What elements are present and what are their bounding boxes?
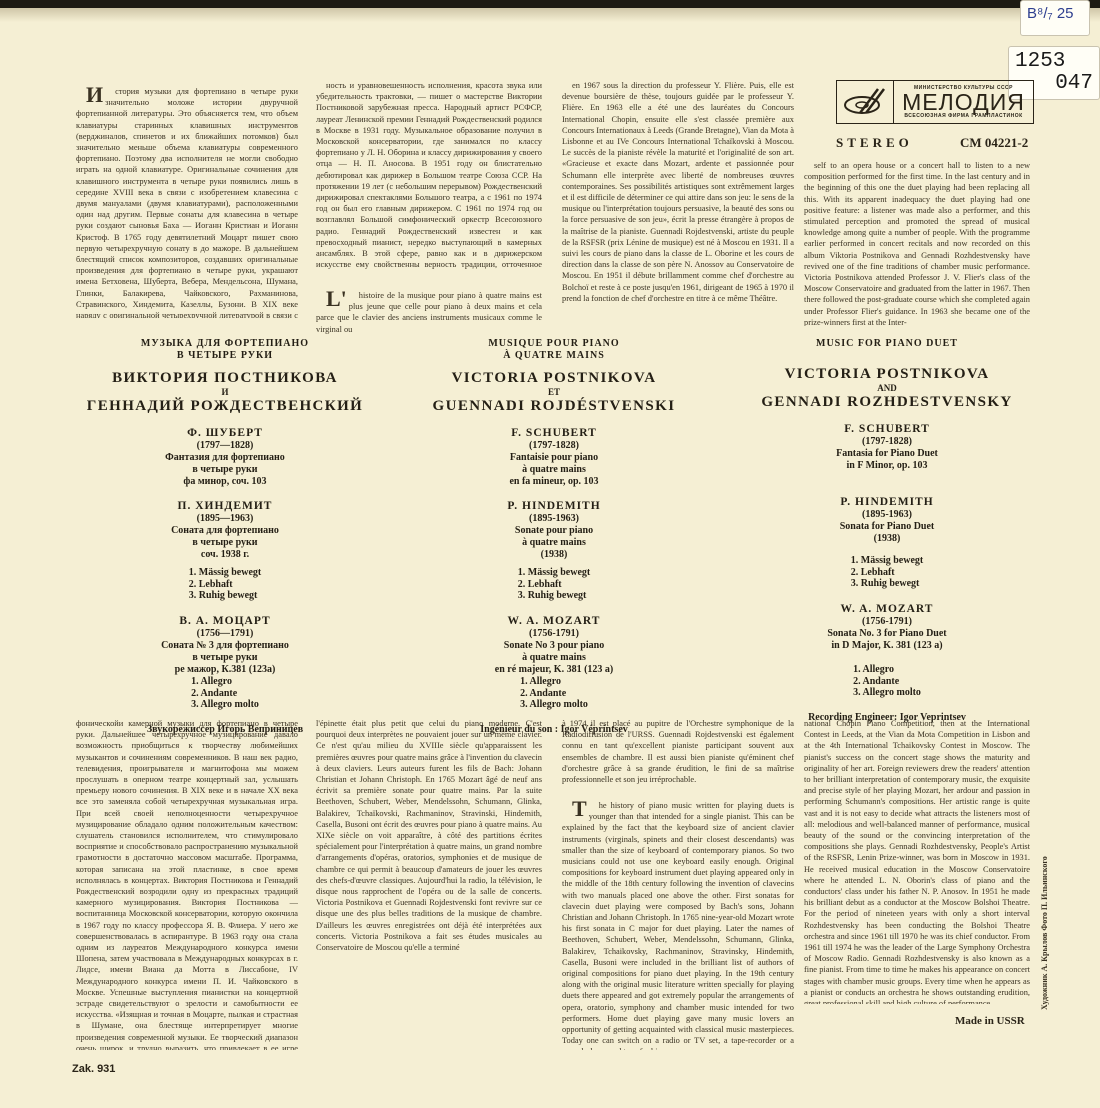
notes-english-intro: The history of piano music written for p…	[562, 800, 794, 1050]
movement-item: 1. Mässig bewegt	[518, 567, 591, 579]
movement-item: 2. Andante	[520, 688, 588, 700]
work-title-line: à quatre mains	[404, 537, 704, 549]
work-composer: P. HINDEMITH	[732, 496, 1042, 509]
movement-item: 2. Lebhaft	[189, 579, 262, 591]
program-english-title-1: MUSIC FOR PIANO DUET	[732, 338, 1042, 350]
work-title-line: in D Major, K. 381 (123 a)	[732, 640, 1042, 652]
work-dates: (1756-1791)	[404, 628, 704, 640]
work-composer: W. A. MOZART	[732, 603, 1042, 616]
movement-list: 1. Allegro 2. Andante 3. Allegro molto	[520, 676, 588, 711]
program-french-title-1: MUSIQUE POUR PIANO	[404, 338, 704, 350]
notes-french-intro-text: L'histoire de la musique pour piano à qu…	[316, 290, 542, 335]
movement-item: 3. Allegro molto	[853, 687, 921, 699]
notes-english-top-text: self to an opera house or a concert hall…	[804, 160, 1030, 326]
inventory-number-line1: 1253	[1015, 50, 1065, 73]
notes-french-intro: L'histoire de la musique pour piano à qu…	[316, 290, 542, 336]
work-title-line: en fa mineur, op. 103	[404, 476, 704, 488]
work-title-line: в четыре руки	[70, 652, 380, 664]
work-title-line: Фантазия для фортепиано	[70, 452, 380, 464]
work-dates: (1756—1791)	[70, 628, 380, 640]
movement-item: 3. Ruhig bewegt	[518, 590, 591, 602]
notes-french-bottom-text: l'épinette était plus petit que celui du…	[316, 718, 542, 953]
work-composer: F. SCHUBERT	[732, 423, 1042, 436]
program-russian-performer-2: ГЕННАДИЙ РОЖДЕСТВЕНСКИЙ	[70, 398, 380, 415]
movement-list: 1. Mässig bewegt 2. Lebhaft 3. Ruhig bew…	[851, 555, 924, 590]
work-dates: (1797-1828)	[732, 436, 1042, 448]
melodiya-disc-logo-icon	[837, 81, 894, 123]
work-title-line: Sonate pour piano	[404, 525, 704, 537]
work-title-line: Соната № 3 для фортепиано	[70, 640, 380, 652]
work-title-line: Fantasia for Piano Duet	[732, 448, 1042, 460]
notes-english-bottom: national Chopin Piano Competition, then …	[804, 718, 1030, 1004]
program-english-performer-1: VICTORIA POSTNIKOVA	[732, 366, 1042, 383]
logo-company-line: ВСЕСОЮЗНАЯ ФИРМА ГРАМПЛАСТИНОК	[904, 113, 1022, 119]
notes-russian-top-col2-text: ность и уравновешенность исполнения, кра…	[316, 80, 542, 270]
program-russian-conj: И	[70, 387, 380, 398]
work-composer: P. HINDEMITH	[404, 500, 704, 513]
work-title-line: в четыре руки	[70, 537, 380, 549]
work-composer: П. ХИНДЕМИТ	[70, 500, 380, 513]
notes-russian-top-col2: ность и уравновешенность исполнения, кра…	[316, 80, 542, 270]
notes-english-top: self to an opera house or a concert hall…	[804, 160, 1030, 326]
work-title-line: Fantaisie pour piano	[404, 452, 704, 464]
work-title-line: in F Minor, op. 103	[732, 460, 1042, 472]
work-title-line: в четыре руки	[70, 464, 380, 476]
movement-item: 1. Allegro	[853, 664, 921, 676]
work-title-line: ре мажор, К.381 (123а)	[70, 664, 380, 676]
notes-french-top-text: en 1967 sous la direction du professeur …	[562, 80, 794, 304]
program-russian-title-1: МУЗЫКА ДЛЯ ФОРТЕПИАНО	[70, 338, 380, 350]
notes-english-intro-text: The history of piano music written for p…	[562, 800, 794, 1050]
movement-item: 3. Ruhig bewegt	[851, 578, 924, 590]
movement-list: 1. Allegro 2. Andante 3. Allegro molto	[853, 664, 921, 699]
program-french-performer-1: VICTORIA POSTNIKOVA	[404, 370, 704, 387]
notes-french-bottom: l'épinette était plus petit que celui du…	[316, 718, 542, 1052]
program-english-conj: AND	[732, 383, 1042, 394]
notes-russian-bottom-text: фоническойи камерной музыки для фортепиа…	[76, 718, 298, 1050]
notes-french-top: en 1967 sous la direction du professeur …	[562, 80, 794, 336]
work-dates: (1895—1963)	[70, 513, 380, 525]
movement-item: 3. Ruhig bewegt	[189, 590, 262, 602]
notes-french-bottom-col3: à 1974 il est placé au pupitre de l'Orch…	[562, 718, 794, 788]
program-french: MUSIQUE POUR PIANO À QUATRE MAINS VICTOR…	[404, 338, 704, 735]
movement-item: 2. Andante	[191, 688, 259, 700]
work-title-line: (1938)	[404, 549, 704, 561]
movement-item: 2. Andante	[853, 676, 921, 688]
work-title-line: (1938)	[732, 533, 1042, 545]
work-composer: Ф. ШУБЕРТ	[70, 427, 380, 440]
movement-item: 1. Mässig bewegt	[851, 555, 924, 567]
notes-russian-top: История музыки для фортепиано в четыре р…	[76, 86, 298, 318]
work-title-line: à quatre mains	[404, 652, 704, 664]
work-title-line: Sonate No 3 pour piano	[404, 640, 704, 652]
movement-item: 3. Allegro molto	[520, 699, 588, 711]
work-dates: (1895-1963)	[404, 513, 704, 525]
work-title-line: соч. 1938 г.	[70, 549, 380, 561]
work-composer: W. A. MOZART	[404, 615, 704, 628]
scan-top-edge	[0, 0, 1100, 8]
movement-item: 2. Lebhaft	[518, 579, 591, 591]
catalog-number: СМ 04221-2	[960, 135, 1028, 151]
scan-top-shadow	[0, 8, 1100, 22]
movement-item: 2. Lebhaft	[851, 567, 924, 579]
work-dates: (1797-1828)	[404, 440, 704, 452]
movement-item: 1. Mässig bewegt	[189, 567, 262, 579]
program-french-title-2: À QUATRE MAINS	[404, 350, 704, 362]
work-title-line: en ré majeur, K. 381 (123 a)	[404, 664, 704, 676]
program-english-performer-2: GENNADI ROZHDESTVENSKY	[732, 394, 1042, 411]
credits-vertical: Художник А. Крылов Фото П. Ильинского	[1040, 856, 1049, 1010]
movement-list: 1. Mässig bewegt 2. Lebhaft 3. Ruhig bew…	[518, 567, 591, 602]
program-russian: МУЗЫКА ДЛЯ ФОРТЕПИАНО В ЧЕТЫРЕ РУКИ ВИКТ…	[70, 338, 380, 735]
melodiya-logo: МИНИСТЕРСТВО КУЛЬТУРЫ СССР МЕЛОДИЯ ВСЕСО…	[836, 80, 1034, 124]
notes-french-bottom-col3-text: à 1974 il est placé au pupitre de l'Orch…	[562, 718, 794, 785]
work-title-line: фа минор, соч. 103	[70, 476, 380, 488]
work-title-line: Sonata for Piano Duet	[732, 521, 1042, 533]
program-russian-title-2: В ЧЕТЫРЕ РУКИ	[70, 350, 380, 362]
work-title-line: Sonata No. 3 for Piano Duet	[732, 628, 1042, 640]
movement-list: 1. Allegro 2. Andante 3. Allegro molto	[191, 676, 259, 711]
work-composer: В. А. МОЦАРТ	[70, 615, 380, 628]
work-dates: (1895-1963)	[732, 509, 1042, 521]
notes-russian-top-text: История музыки для фортепиано в четыре р…	[76, 86, 298, 318]
program-french-conj: ET	[404, 387, 704, 398]
work-composer: F. SCHUBERT	[404, 427, 704, 440]
work-dates: (1797—1828)	[70, 440, 380, 452]
program-english: MUSIC FOR PIANO DUET VICTORIA POSTNIKOVA…	[732, 338, 1042, 723]
movement-item: 1. Allegro	[191, 676, 259, 688]
work-title-line: Соната для фортепиано	[70, 525, 380, 537]
work-dates: (1756-1791)	[732, 616, 1042, 628]
notes-russian-bottom: фоническойи камерной музыки для фортепиа…	[76, 718, 298, 1050]
order-number: Zak. 931	[72, 1063, 115, 1075]
made-in-label: Made in USSR	[955, 1015, 1025, 1027]
program-french-performer-2: GUENNADI ROJDÉSTVENSKI	[404, 398, 704, 415]
movement-list: 1. Mässig bewegt 2. Lebhaft 3. Ruhig bew…	[189, 567, 262, 602]
movement-item: 1. Allegro	[520, 676, 588, 688]
notes-english-bottom-text: national Chopin Piano Competition, then …	[804, 718, 1030, 1004]
logo-brand: МЕЛОДИЯ	[902, 91, 1025, 113]
work-title-line: à quatre mains	[404, 464, 704, 476]
program-russian-performer-1: ВИКТОРИЯ ПОСТНИКОВА	[70, 370, 380, 387]
movement-item: 3. Allegro molto	[191, 699, 259, 711]
handwritten-label-sticker: В⁸/₇ 25	[1020, 0, 1090, 36]
stereo-label: STEREO	[836, 135, 913, 151]
